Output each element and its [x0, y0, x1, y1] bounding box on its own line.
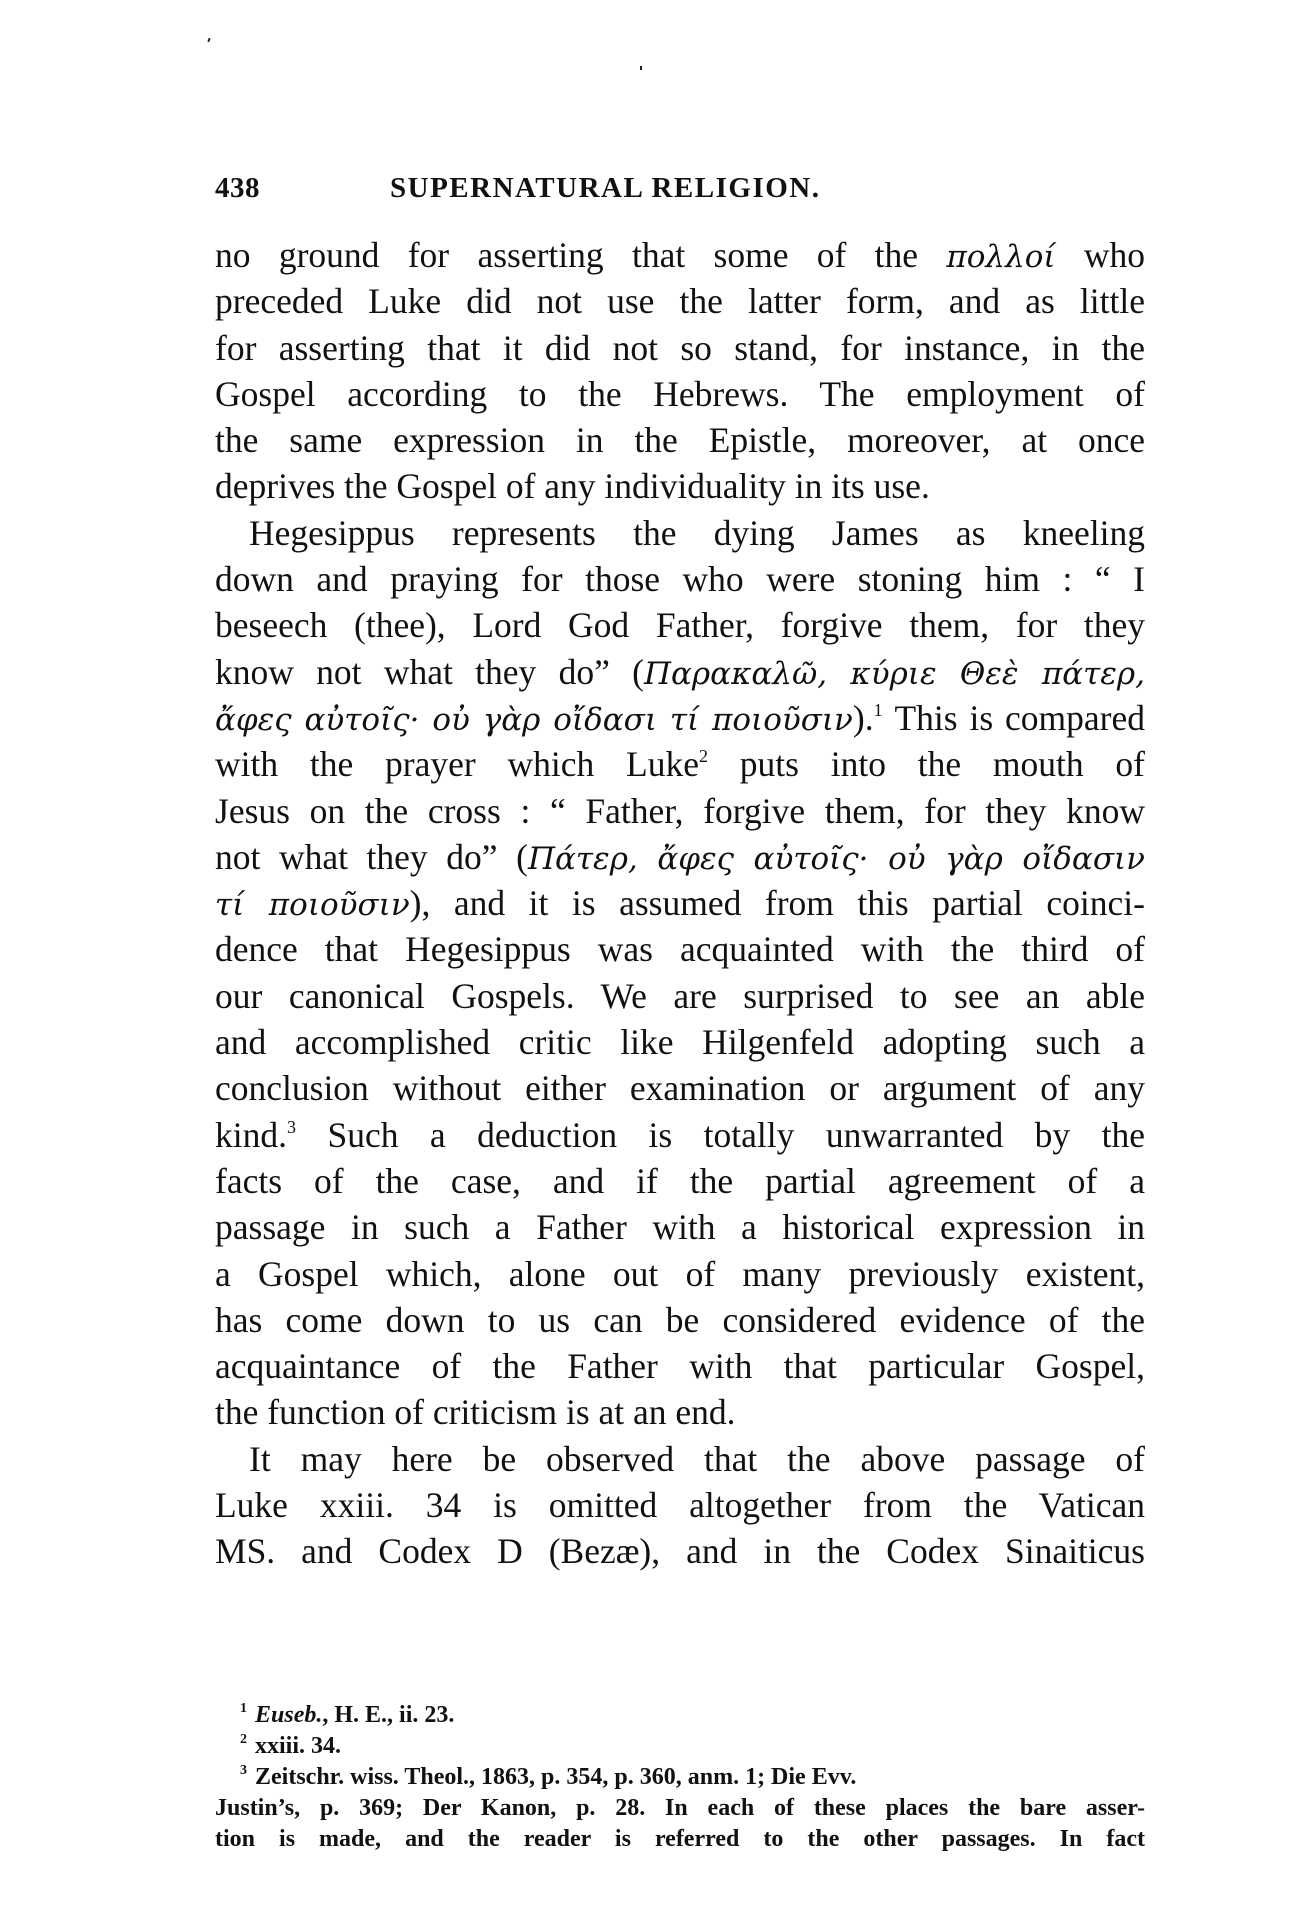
text-line: and accomplished critic like Hilgenfeld … — [215, 1019, 1145, 1065]
footnote-text: xxiii. 34. — [255, 1733, 341, 1759]
text-line: Jesus on the cross : “ Father, forgive t… — [215, 788, 1145, 834]
text-run: beseech (thee), Lord God Father, forgive… — [215, 605, 1145, 645]
text-run: the function of criticism is at an end. — [215, 1392, 736, 1432]
text-line: our canonical Gospels. We are surprised … — [215, 973, 1145, 1019]
footnote-text: Justin’s, p. 369; Der Kanon, p. 28. In e… — [215, 1795, 1145, 1821]
text-run: not what they do” ( — [215, 837, 528, 877]
text-run: Such a deduction is totally unwarranted … — [296, 1115, 1145, 1155]
text-run: ), and it is assumed from this partial c… — [410, 883, 1145, 923]
greek-text: Παρακαλῶ, κύριε Θεὲ πάτερ, — [644, 656, 1145, 692]
text-run: MS. and Codex D (Bezæ), and in the Codex… — [215, 1531, 1145, 1571]
text-line: know not what they do” (Παρακαλῶ, κύριε … — [215, 649, 1145, 695]
text-line: Hegesippus represents the dying James as… — [215, 510, 1145, 556]
text-line: τί ποιοῦσιν), and it is assumed from thi… — [215, 880, 1145, 926]
footnotes: 1Euseb., H. E., ii. 23.2xxiii. 34.3Zeits… — [215, 1700, 1145, 1855]
text-line: ἄφες αὐτοῖς· οὐ γὰρ οἴδασι τί ποιοῦσιν).… — [215, 695, 1145, 741]
text-line: kind.3 Such a deduction is totally unwar… — [215, 1112, 1145, 1158]
text-line: conclusion without either examination or… — [215, 1065, 1145, 1111]
text-run: has come down to us can be considered ev… — [215, 1300, 1145, 1340]
text-run: deprives the Gospel of any individuality… — [215, 466, 930, 506]
footnote-ref: 3 — [287, 1117, 296, 1137]
footnote-text: tion is made, and the reader is referred… — [215, 1826, 1145, 1852]
text-line: Gospel according to the Hebrews. The emp… — [215, 371, 1145, 417]
text-run: conclusion without either examination or… — [215, 1068, 1145, 1108]
text-run: and accomplished critic like Hilgenfeld … — [215, 1022, 1145, 1062]
footnote-continuation: Justin’s, p. 369; Der Kanon, p. 28. In e… — [215, 1793, 1145, 1824]
footnote: 1Euseb., H. E., ii. 23. — [215, 1700, 1145, 1731]
text-run: for asserting that it did not so stand, … — [215, 328, 1145, 368]
text-run: passage in such a Father with a historic… — [215, 1207, 1145, 1247]
text-line: It may here be observed that the above p… — [215, 1436, 1145, 1482]
text-line: has come down to us can be considered ev… — [215, 1297, 1145, 1343]
text-run: Hegesippus represents the dying James as… — [249, 513, 1145, 553]
text-line: not what they do” (Πάτερ, ἄφες αὐτοῖς· ο… — [215, 834, 1145, 880]
scan-speck — [640, 66, 642, 70]
text-run: This is compared — [883, 698, 1145, 738]
page-number: 438 — [215, 172, 260, 205]
text-line: for asserting that it did not so stand, … — [215, 325, 1145, 371]
running-title: SUPERNATURAL RELIGION. — [390, 172, 820, 205]
scan-speck — [207, 38, 210, 42]
greek-text: πολλοί — [946, 239, 1055, 275]
text-line: deprives the Gospel of any individuality… — [215, 463, 1145, 509]
footnote-number: 1 — [240, 1701, 247, 1716]
footnote-source: Euseb. — [255, 1702, 322, 1728]
footnote-ref: 2 — [699, 746, 708, 766]
greek-text: ἄφες αὐτοῖς· οὐ γὰρ οἴδασι τί ποιοῦσιν — [215, 702, 853, 738]
text-line: the function of criticism is at an end. — [215, 1389, 1145, 1435]
text-run: down and praying for those who were ston… — [215, 559, 1145, 599]
text-run: know not what they do” ( — [215, 652, 644, 692]
text-line: a Gospel which, alone out of many previo… — [215, 1251, 1145, 1297]
body-text: no ground for asserting that some of the… — [215, 232, 1145, 1575]
text-line: no ground for asserting that some of the… — [215, 232, 1145, 278]
footnote-number: 3 — [240, 1763, 247, 1778]
text-run: no ground for asserting that some of the — [215, 235, 946, 275]
text-run: acquaintance of the Father with that par… — [215, 1346, 1145, 1386]
text-line: beseech (thee), Lord God Father, forgive… — [215, 602, 1145, 648]
footnote-text: , H. E., ii. 23. — [322, 1702, 454, 1728]
footnote-text: Zeitschr. wiss. Theol., 1863, p. 354, p.… — [255, 1764, 856, 1790]
greek-text: Πάτερ, ἄφες αὐτοῖς· οὐ γὰρ οἴδασιν — [528, 841, 1145, 877]
footnote-ref: 1 — [874, 700, 883, 720]
text-line: dence that Hegesippus was acquainted wit… — [215, 926, 1145, 972]
text-run: ). — [853, 698, 874, 738]
text-run: puts into the mouth of — [708, 744, 1145, 784]
text-line: down and praying for those who were ston… — [215, 556, 1145, 602]
text-line: Luke xxiii. 34 is omitted altogether fro… — [215, 1482, 1145, 1528]
text-run: dence that Hegesippus was acquainted wit… — [215, 929, 1145, 969]
text-run: the same expression in the Epistle, more… — [215, 420, 1145, 460]
book-page: 438 SUPERNATURAL RELIGION. no ground for… — [215, 172, 1145, 1575]
footnote: 3Zeitschr. wiss. Theol., 1863, p. 354, p… — [215, 1762, 1145, 1793]
running-head: 438 SUPERNATURAL RELIGION. — [215, 172, 1145, 212]
text-run: preceded Luke did not use the latter for… — [215, 281, 1145, 321]
text-line: preceded Luke did not use the latter for… — [215, 278, 1145, 324]
text-line: with the prayer which Luke2 puts into th… — [215, 741, 1145, 787]
footnote-number: 2 — [240, 1732, 247, 1747]
text-run: It may here be observed that the above p… — [249, 1439, 1145, 1479]
greek-text: τί ποιοῦσιν — [215, 887, 410, 923]
text-line: acquaintance of the Father with that par… — [215, 1343, 1145, 1389]
footnote: 2xxiii. 34. — [215, 1731, 1145, 1762]
text-run: Jesus on the cross : “ Father, forgive t… — [215, 791, 1145, 831]
text-run: a Gospel which, alone out of many previo… — [215, 1254, 1145, 1294]
footnote-continuation: tion is made, and the reader is referred… — [215, 1824, 1145, 1855]
text-run: with the prayer which Luke — [215, 744, 699, 784]
text-line: MS. and Codex D (Bezæ), and in the Codex… — [215, 1528, 1145, 1574]
text-line: facts of the case, and if the partial ag… — [215, 1158, 1145, 1204]
text-run: Luke xxiii. 34 is omitted altogether fro… — [215, 1485, 1145, 1525]
text-run: facts of the case, and if the partial ag… — [215, 1161, 1145, 1201]
text-run: Gospel according to the Hebrews. The emp… — [215, 374, 1145, 414]
text-line: the same expression in the Epistle, more… — [215, 417, 1145, 463]
text-run: who — [1056, 235, 1145, 275]
text-run: our canonical Gospels. We are surprised … — [215, 976, 1145, 1016]
text-run: kind. — [215, 1115, 287, 1155]
text-line: passage in such a Father with a historic… — [215, 1204, 1145, 1250]
